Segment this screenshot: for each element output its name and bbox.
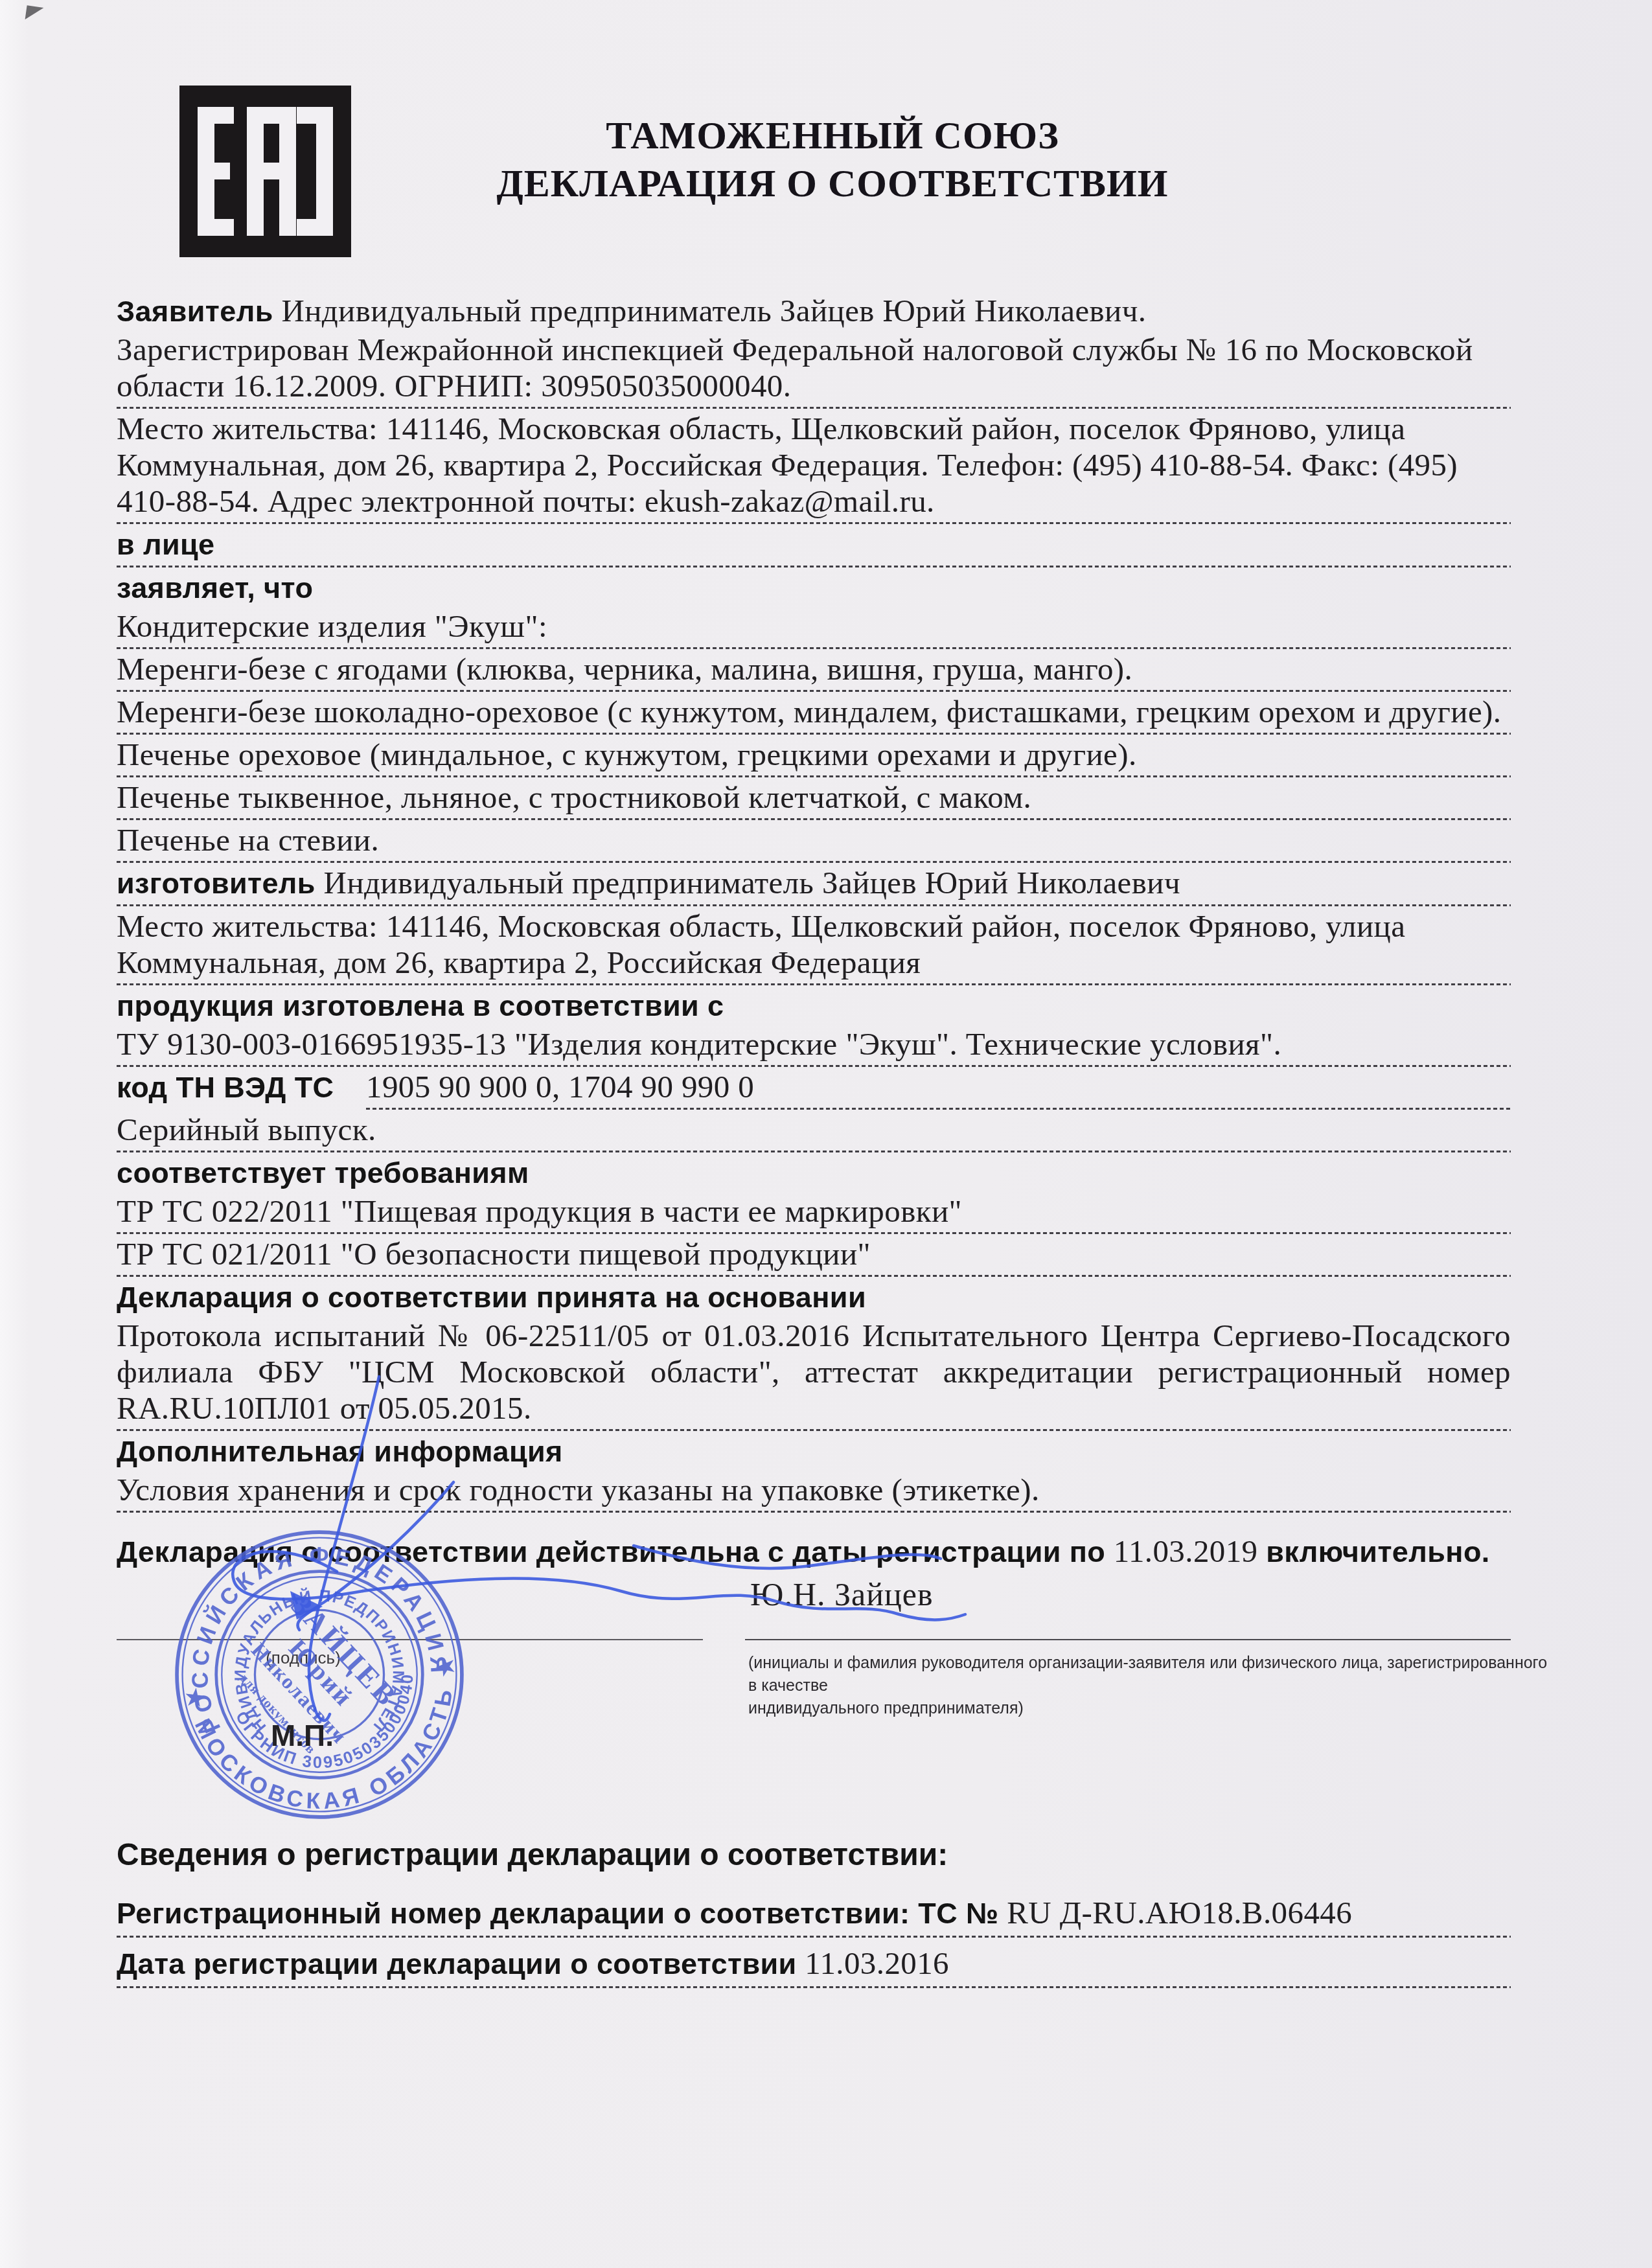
protocol-line2: филиала ФБУ "ЦСМ Московской области", ат… [117,1354,1511,1390]
tnved-code-row: код ТН ВЭД ТС 1905 90 900 0, 1704 90 990… [117,1069,1511,1110]
tu-text: ТУ 9130-003-0166951935-13 "Изделия конди… [117,1026,1511,1062]
product-2: Меренги-безе шоколадно-ореховое (с кунжу… [117,694,1511,730]
tr-row: ТР ТС 022/2011 "Пищевая продукция в част… [117,1193,1511,1234]
protocol-line1: Протокола испытаний № 06-22511/05 от 01.… [117,1318,1511,1354]
applicant-value: Индивидуальный предприниматель Зайцев Юр… [281,293,1146,328]
serial-row: Серийный выпуск. [117,1112,1511,1152]
product-1: Меренги-безе с ягодами (клюква, черника,… [117,651,1511,687]
additional-info-row: Дополнительная информация [117,1433,1511,1470]
signatory-name: Ю.Н. Зайцев [750,1575,934,1613]
round-stamp-icon: РОССИЙСКАЯ ФЕДЕРАЦИЯ ★ МОСКОВСКАЯ ОБЛАСТ… [166,1521,473,1828]
manufacturer-row: изготовитель Индивидуальный предпринимат… [117,865,1511,906]
product-row: Печенье тыквенное, льняное, с тростников… [117,779,1511,820]
produced-according-label: продукция изготовлена в соответствии с [117,989,724,1022]
conforms-row: соответствует требованиям [117,1154,1511,1191]
scan-artifact [25,5,44,21]
registration-date-value: 11.03.2016 [805,1945,949,1981]
page-subtitle: ДЕКЛАРАЦИЯ О СООТВЕТСТВИИ [363,159,1302,207]
product-row: Меренги-безе с ягодами (клюква, черника,… [117,651,1511,692]
registration-number-label: Регистрационный номер декларации о соотв… [117,1897,999,1930]
in-person-row: в лице [117,526,1511,567]
product-row: Печенье ореховое (миндальное, с кунжутом… [117,737,1511,777]
seal-place-label: М.П. [271,1718,334,1753]
protocol-line3: RA.RU.10ПЛ01 от 05.05.2015. [117,1390,1511,1426]
tu-row: ТУ 9130-003-0166951935-13 "Изделия конди… [117,1026,1511,1067]
product-3: Печенье ореховое (миндальное, с кунжутом… [117,737,1511,773]
additional-info-label: Дополнительная информация [117,1435,563,1468]
signatory-note-line2: индивидуального предпринимателя) [748,1697,1552,1720]
eac-mark-icon [179,86,351,257]
products-intro-row: Кондитерские изделия "Экуш": [117,608,1511,649]
registration-number-row: Регистрационный номер декларации о соотв… [117,1895,1511,1938]
manufacturer-address-row: Место жительства: 141146, Московская обл… [117,908,1511,985]
registration-heading: Сведения о регистрации декларации о соот… [117,1837,1511,1873]
registration-info-line2: области 16.12.2009. ОГРНИП: 309505035000… [117,368,1511,404]
tr-row: ТР ТС 021/2011 "О безопасности пищевой п… [117,1236,1511,1277]
conforms-label: соответствует требованиям [117,1156,529,1189]
storage-text: Условия хранения и срок годности указаны… [117,1472,1511,1508]
product-row: Печенье на стевии. [117,822,1511,863]
applicant-address-line2: Коммунальная, дом 26, квартира 2, Россий… [117,447,1511,483]
tnved-code-value: 1905 90 900 0, 1704 90 990 0 [366,1069,1511,1110]
declaration-body: Заявитель Индивидуальный предприниматель… [117,293,1511,1572]
tr-021: ТР ТС 021/2011 "О безопасности пищевой п… [117,1236,1511,1272]
serial-text: Серийный выпуск. [117,1112,1511,1148]
basis-row: Декларация о соответствии принята на осн… [117,1279,1511,1316]
signatory-note: (инициалы и фамилия руководителя организ… [748,1652,1552,1720]
in-person-label: в лице [117,528,215,561]
applicant-address-line1: Место жительства: 141146, Московская обл… [117,411,1511,447]
applicant-label: Заявитель [117,295,273,328]
manufacturer-value: Индивидуальный предприниматель Зайцев Юр… [324,865,1180,900]
declaration-page: EAC ТАМОЖЕННЫЙ СОЮЗ ДЕКЛАРАЦИЯ О СООТВЕТ… [0,0,1652,2268]
products-intro: Кондитерские изделия "Экуш": [117,608,1511,645]
signatory-note-line1: (инициалы и фамилия руководителя организ… [748,1652,1552,1697]
manufacturer-address-line2: Коммунальная, дом 26, квартира 2, Россий… [117,945,1511,981]
declares-row: заявляет, что [117,569,1511,606]
registration-date-label: Дата регистрации декларации о соответств… [117,1947,797,1980]
eac-logo: EAC [179,86,351,257]
registration-info-line1: Зарегистрирован Межрайонной инспекцией Ф… [117,332,1511,368]
page-title: ТАМОЖЕННЫЙ СОЮЗ [363,111,1302,159]
declares-label: заявляет, что [117,571,313,604]
tr-022: ТР ТС 022/2011 "Пищевая продукция в част… [117,1193,1511,1230]
document-header: ТАМОЖЕННЫЙ СОЮЗ ДЕКЛАРАЦИЯ О СООТВЕТСТВИ… [363,111,1302,207]
applicant-address-row: Место жительства: 141146, Московская обл… [117,411,1511,524]
protocol-row: Протокола испытаний № 06-22511/05 от 01.… [117,1318,1511,1431]
applicant-row: Заявитель Индивидуальный предприниматель… [117,293,1511,330]
tnved-code-label: код ТН ВЭД ТС [117,1070,366,1106]
produced-according-row: продукция изготовлена в соответствии с [117,987,1511,1024]
registration-date-row: Дата регистрации декларации о соответств… [117,1945,1511,1988]
manufacturer-label: изготовитель [117,867,315,900]
basis-label: Декларация о соответствии принята на осн… [117,1281,866,1314]
applicant-address-line3: 410-88-54. Адрес электронной почты: ekus… [117,483,1511,520]
storage-row: Условия хранения и срок годности указаны… [117,1472,1511,1513]
registration-section: Сведения о регистрации декларации о соот… [117,1837,1511,1988]
product-4: Печенье тыквенное, льняное, с тростников… [117,779,1511,816]
product-row: Меренги-безе шоколадно-ореховое (с кунжу… [117,694,1511,735]
registration-info-row: Зарегистрирован Межрайонной инспекцией Ф… [117,332,1511,409]
signature-section: РОССИЙСКАЯ ФЕДЕРАЦИЯ ★ МОСКОВСКАЯ ОБЛАСТ… [0,1516,1652,1838]
signature-line-right [745,1639,1511,1640]
product-5: Печенье на стевии. [117,822,1511,858]
manufacturer-address-line1: Место жительства: 141146, Московская обл… [117,908,1511,945]
registration-number-value: RU Д-RU.АЮ18.В.06446 [1007,1895,1352,1930]
